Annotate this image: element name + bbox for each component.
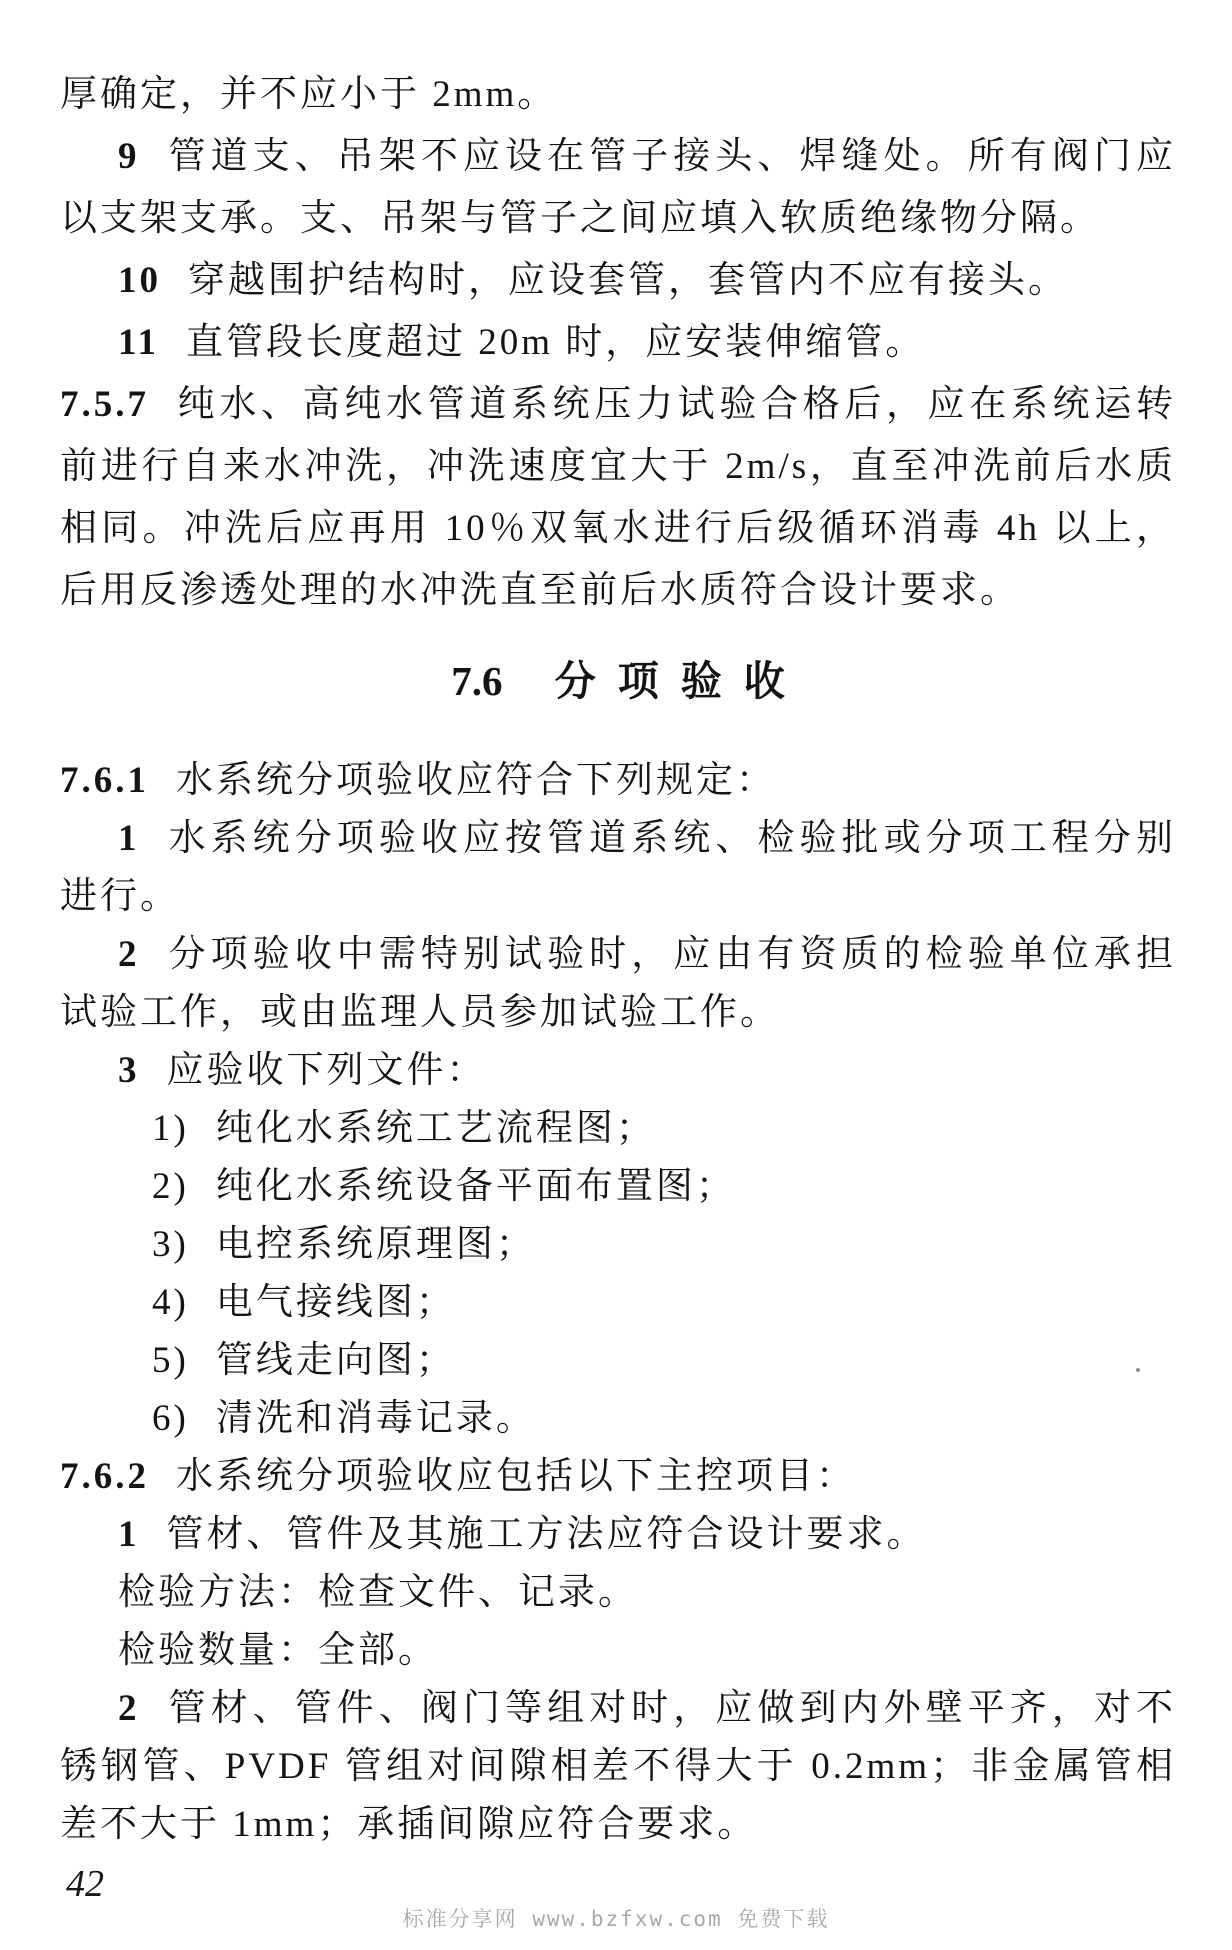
item-number: 3: [118, 1050, 140, 1091]
line-text: 管材、管件、阀门等组对时，应做到内外壁平齐，对不: [167, 1688, 1177, 1729]
section-heading-title: 分项验收: [555, 658, 807, 704]
item-number: 1: [118, 1514, 140, 1555]
text-line: 5)管线走向图；: [60, 1332, 1176, 1390]
text-line: 进行。: [60, 868, 1176, 926]
line-text: 后用反渗透处理的水冲洗直至前后水质符合设计要求。: [60, 570, 1020, 611]
list-marker: 4): [152, 1282, 189, 1323]
text-line: 2)纯化水系统设备平面布置图；: [60, 1158, 1176, 1216]
text-line: 以支架支承。支、吊架与管子之间应填入软质绝缘物分隔。: [60, 188, 1176, 250]
line-text: 前进行自来水冲洗，冲洗速度宜大于 2m/s，直至冲洗前后水质: [60, 446, 1176, 487]
text-line: 2分项验收中需特别试验时，应由有资质的检验单位承担: [60, 926, 1176, 984]
line-text: 进行。: [60, 876, 180, 917]
list-marker: 5): [152, 1340, 189, 1381]
text-line: 7.6.1水系统分项验收应符合下列规定：: [60, 752, 1176, 810]
text-line: 2管材、管件、阀门等组对时，应做到内外壁平齐，对不: [60, 1680, 1176, 1738]
item-number: 7.6.1: [60, 760, 149, 801]
text-block-top: 厚确定，并不应小于 2mm。9管道支、吊架不应设在管子接头、焊缝处。所有阀门应以…: [60, 64, 1176, 622]
scan-artifact-dot: [1136, 1368, 1140, 1372]
item-number: 7.5.7: [60, 384, 149, 425]
text-line: 1管材、管件及其施工方法应符合设计要求。: [60, 1506, 1176, 1564]
item-number: 11: [118, 322, 159, 363]
text-line: 差不大于 1mm；承插间隙应符合要求。: [60, 1796, 1176, 1854]
line-text: 管线走向图；: [216, 1340, 456, 1381]
text-line: 7.5.7纯水、高纯水管道系统压力试验合格后，应在系统运转: [60, 374, 1176, 436]
text-line: 厚确定，并不应小于 2mm。: [60, 64, 1176, 126]
list-marker: 1): [152, 1108, 189, 1149]
line-text: 清洗和消毒记录。: [216, 1398, 536, 1439]
line-text: 以支架支承。支、吊架与管子之间应填入软质绝缘物分隔。: [60, 198, 1100, 239]
line-text: 水系统分项验收应按管道系统、检验批或分项工程分别: [167, 818, 1177, 859]
text-line: 后用反渗透处理的水冲洗直至前后水质符合设计要求。: [60, 560, 1176, 622]
item-number: 10: [118, 260, 161, 301]
line-text: 检验方法：检查文件、记录。: [118, 1572, 638, 1613]
item-number: 9: [118, 136, 140, 177]
list-marker: 6): [152, 1398, 189, 1439]
line-text: 水系统分项验收应符合下列规定：: [176, 760, 776, 801]
section-heading: 7.6 分项验收: [60, 648, 1176, 714]
scan-artifact-dot: [906, 572, 911, 577]
text-line: 相同。冲洗后应再用 10％双氧水进行后级循环消毒 4h 以上，然: [60, 498, 1176, 560]
line-text: 电气接线图；: [216, 1282, 456, 1323]
item-number: 7.6.2: [60, 1456, 149, 1497]
page-number: 42: [66, 1862, 104, 1906]
list-marker: 3): [152, 1224, 189, 1265]
line-text: 管材、管件及其施工方法应符合设计要求。: [167, 1514, 927, 1555]
page-content: 厚确定，并不应小于 2mm。9管道支、吊架不应设在管子接头、焊缝处。所有阀门应以…: [60, 64, 1176, 1854]
text-line: 3应验收下列文件：: [60, 1042, 1176, 1100]
line-text: 水系统分项验收应包括以下主控项目：: [176, 1456, 856, 1497]
text-line: 3)电控系统原理图；: [60, 1216, 1176, 1274]
text-line: 10穿越围护结构时，应设套管，套管内不应有接头。: [60, 250, 1176, 312]
item-number: 2: [118, 1688, 140, 1729]
list-marker: 2): [152, 1166, 189, 1207]
text-line: 7.6.2水系统分项验收应包括以下主控项目：: [60, 1448, 1176, 1506]
watermark-text: 标准分享网 www.bzfxw.com 免费下载: [0, 1903, 1232, 1933]
text-line: 11直管段长度超过 20m 时，应安装伸缩管。: [60, 312, 1176, 374]
text-line: 检验方法：检查文件、记录。: [60, 1564, 1176, 1622]
text-block-bottom: 7.6.1水系统分项验收应符合下列规定：1水系统分项验收应按管道系统、检验批或分…: [60, 752, 1176, 1854]
line-text: 检验数量：全部。: [118, 1630, 438, 1671]
text-line: 锈钢管、PVDF 管组对间隙相差不得大于 0.2mm；非金属管相: [60, 1738, 1176, 1796]
line-text: 厚确定，并不应小于 2mm。: [60, 74, 557, 115]
line-text: 试验工作，或由监理人员参加试验工作。: [60, 992, 780, 1033]
line-text: 直管段长度超过 20m 时，应安装伸缩管。: [186, 322, 925, 363]
line-text: 纯化水系统设备平面布置图；: [216, 1166, 736, 1207]
text-line: 1)纯化水系统工艺流程图；: [60, 1100, 1176, 1158]
text-line: 检验数量：全部。: [60, 1622, 1176, 1680]
text-line: 4)电气接线图；: [60, 1274, 1176, 1332]
section-heading-number: 7.6: [451, 658, 502, 704]
line-text: 电控系统原理图；: [216, 1224, 536, 1265]
item-number: 2: [118, 934, 140, 975]
line-text: 管道支、吊架不应设在管子接头、焊缝处。所有阀门应: [167, 136, 1177, 177]
line-text: 穿越围护结构时，应设套管，套管内不应有接头。: [188, 260, 1068, 301]
text-line: 9管道支、吊架不应设在管子接头、焊缝处。所有阀门应: [60, 126, 1176, 188]
text-line: 1水系统分项验收应按管道系统、检验批或分项工程分别: [60, 810, 1176, 868]
text-line: 前进行自来水冲洗，冲洗速度宜大于 2m/s，直至冲洗前后水质: [60, 436, 1176, 498]
line-text: 锈钢管、PVDF 管组对间隙相差不得大于 0.2mm；非金属管相: [60, 1746, 1176, 1787]
line-text: 分项验收中需特别试验时，应由有资质的检验单位承担: [167, 934, 1177, 975]
text-line: 6)清洗和消毒记录。: [60, 1390, 1176, 1448]
item-number: 1: [118, 818, 140, 859]
line-text: 纯水、高纯水管道系统压力试验合格后，应在系统运转: [176, 384, 1176, 425]
line-text: 相同。冲洗后应再用 10％双氧水进行后级循环消毒 4h 以上，然: [60, 508, 1176, 560]
line-text: 应验收下列文件：: [167, 1050, 487, 1091]
line-text: 纯化水系统工艺流程图；: [216, 1108, 656, 1149]
line-text: 差不大于 1mm；承插间隙应符合要求。: [60, 1804, 757, 1845]
document-page: 厚确定，并不应小于 2mm。9管道支、吊架不应设在管子接头、焊缝处。所有阀门应以…: [0, 0, 1232, 1950]
text-line: 试验工作，或由监理人员参加试验工作。: [60, 984, 1176, 1042]
